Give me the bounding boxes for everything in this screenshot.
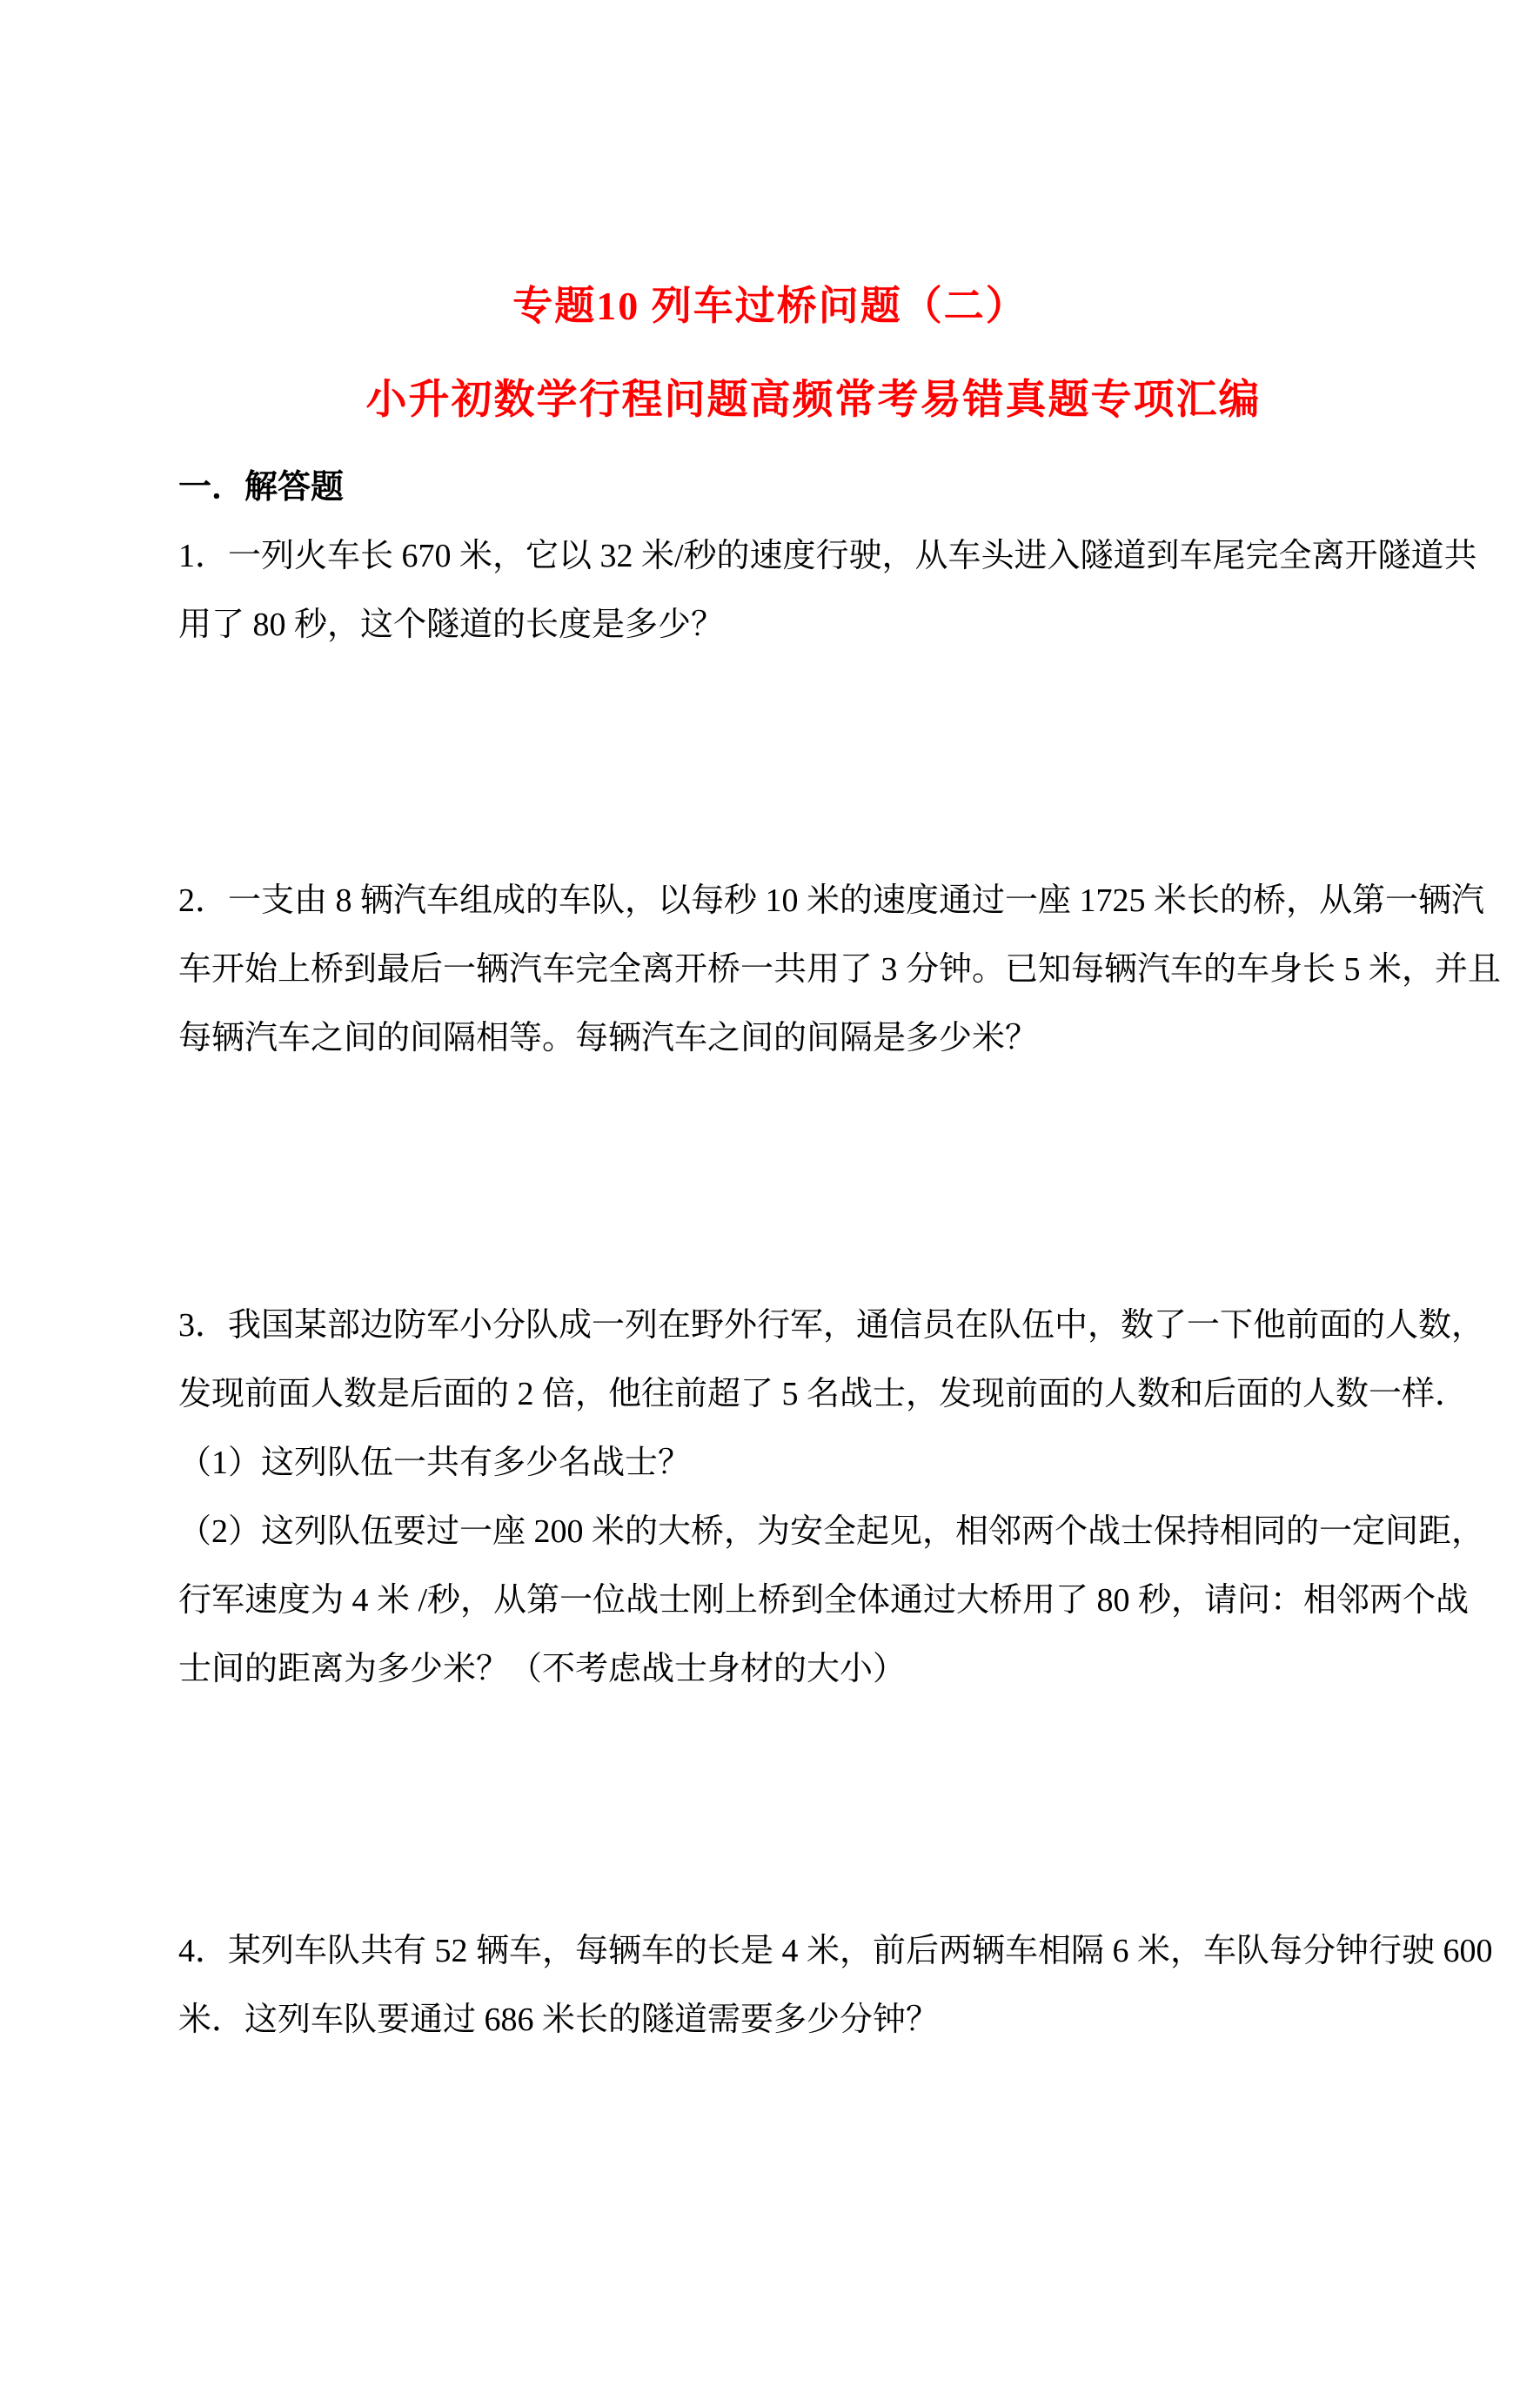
worksheet-page: 专题10 列车过桥问题（二） 小升初数学行程问题高频常考易错真题专项汇编 一．解…	[0, 0, 1540, 2394]
problem-4-line-2: 米．这列车队要通过 686 米长的隧道需要多少分钟？	[178, 1986, 1423, 2055]
problem-2-line-2: 车开始上桥到最后一辆汽车完全离开桥一共用了 3 分钟。已知每辆汽车的车身长 5 …	[178, 935, 1423, 1004]
problem-4-line-1: 4．某列车队共有 52 辆车，每辆车的长是 4 米，前后两辆车相隔 6 米，车队…	[178, 1917, 1423, 1986]
page-subtitle: 小升初数学行程问题高频常考易错真题专项汇编	[44, 372, 1540, 428]
section-heading: 一．解答题	[178, 453, 344, 522]
problem-2-line-3: 每辆汽车之间的间隔相等。每辆汽车之间的间隔是多少米？	[178, 1004, 1423, 1073]
problem-3-subquestion-1: （1）这列队伍一共有多少名战士？	[178, 1429, 1423, 1498]
problem-1: 1．一列火车长 670 米，它以 32 米/秒的速度行驶，从车头进入隧道到车尾完…	[178, 522, 1423, 660]
problem-1-line-2: 用了 80 秒，这个隧道的长度是多少？	[178, 591, 1423, 660]
problem-2-line-1: 2．一支由 8 辆汽车组成的车队，以每秒 10 米的速度通过一座 1725 米长…	[178, 867, 1423, 935]
problem-3-subquestion-2-line-2: 行军速度为 4 米 /秒，从第一位战士刚上桥到全体通过大桥用了 80 秒，请问：…	[178, 1566, 1423, 1635]
problem-3-line-1: 3．我国某部边防军小分队成一列在野外行军，通信员在队伍中，数了一下他前面的人数，	[178, 1291, 1423, 1360]
problem-4: 4．某列车队共有 52 辆车，每辆车的长是 4 米，前后两辆车相隔 6 米，车队…	[178, 1917, 1423, 2055]
problem-3: 3．我国某部边防军小分队成一列在野外行军，通信员在队伍中，数了一下他前面的人数，…	[178, 1291, 1423, 1704]
problem-2: 2．一支由 8 辆汽车组成的车队，以每秒 10 米的速度通过一座 1725 米长…	[178, 867, 1423, 1073]
problem-1-line-1: 1．一列火车长 670 米，它以 32 米/秒的速度行驶，从车头进入隧道到车尾完…	[178, 522, 1423, 591]
problem-3-line-2: 发现前面人数是后面的 2 倍，他往前超了 5 名战士，发现前面的人数和后面的人数…	[178, 1360, 1423, 1429]
problem-3-subquestion-2-line-3: 士间的距离为多少米？（不考虑战士身材的大小）	[178, 1635, 1423, 1704]
page-title: 专题10 列车过桥问题（二）	[0, 278, 1540, 334]
problem-3-subquestion-2-line-1: （2）这列队伍要过一座 200 米的大桥，为安全起见，相邻两个战士保持相同的一定…	[178, 1498, 1423, 1566]
